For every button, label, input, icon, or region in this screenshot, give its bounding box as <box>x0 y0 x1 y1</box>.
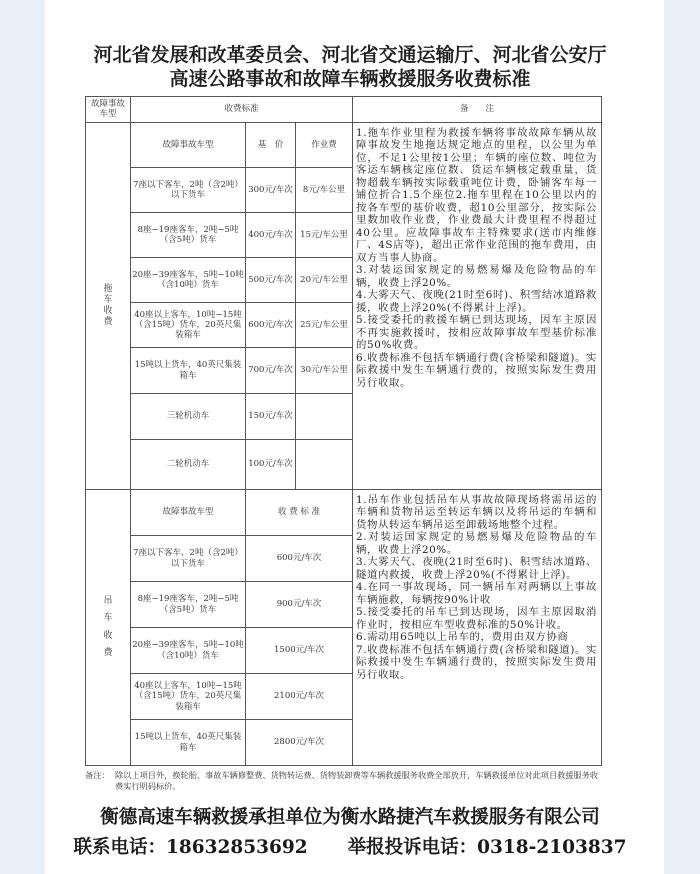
contact-line: 联系电话：18632853692举报投诉电话：0318-2103837 <box>0 833 700 859</box>
crane-row-type: 15吨以上货车，40英尺集装箱车 <box>131 720 246 766</box>
contact-phone: 18632853692 <box>166 837 308 858</box>
crane-row-type: 40座以上客车，10吨−15吨（含15吨）货车，20英尺集装箱车 <box>131 674 246 720</box>
crane-row-fee: 1500元/车次 <box>246 628 353 674</box>
footnote: 备注： 除以上项目外，换轮胎、事故车辆修整费、货物转运费、货物装卸费等车辆救援服… <box>85 770 605 792</box>
crane-section-label: 吊 车 收 费 <box>86 490 131 766</box>
document-title: 高速公路事故和故障车辆救援服务收费标准 <box>0 64 700 91</box>
table-header-row: 故障事故车型 收费标准 备 注 <box>86 97 602 123</box>
tow-row-type: 20座−39座客车，5吨−10吨（含10吨）货车 <box>131 258 246 303</box>
tow-row-type: 二轮机动车 <box>131 440 246 490</box>
tow-row-base: 500元/车次 <box>246 258 296 303</box>
crane-row-fee: 900元/车次 <box>246 582 353 628</box>
crane-col-type: 故障事故车型 <box>131 490 246 536</box>
header-remarks: 备 注 <box>353 97 602 123</box>
header-vehicle-type: 故障事故车型 <box>86 97 131 123</box>
tow-row-work: 8元/车公里 <box>296 168 353 213</box>
tow-col-work: 作业费 <box>296 123 353 168</box>
tow-row-type: 8座−19座客车，2吨−5吨（含5吨）货车 <box>131 213 246 258</box>
tow-row-type: 7座以下客车，2吨（含2吨）以下货车 <box>131 168 246 213</box>
fee-standard-table: 故障事故车型 收费标准 备 注 拖 车 收 费 故障事故车型 基 价 作业费 1… <box>85 96 602 766</box>
tow-subheader-row: 拖 车 收 费 故障事故车型 基 价 作业费 1.拖车作业里程为救援车辆将事故故… <box>86 123 602 168</box>
complaint-phone: 0318-2103837 <box>477 837 626 858</box>
complaint-label: 举报投诉电话： <box>348 837 478 858</box>
tow-row-type: 15吨以上货车，40英尺集装箱车 <box>131 348 246 394</box>
crane-row-fee: 600元/车次 <box>246 536 353 582</box>
tow-row-work: 20元/车公里 <box>296 258 353 303</box>
tow-row-base: 400元/车次 <box>246 213 296 258</box>
crane-row-type: 8座−19座客车，2吨−5吨（含5吨）货车 <box>131 582 246 628</box>
tow-row-work: 15元/车公里 <box>296 213 353 258</box>
crane-col-fee: 收 费 标 准 <box>246 490 353 536</box>
tow-row-base: 150元/车次 <box>246 394 296 440</box>
tow-row-work: 30元/车公里 <box>296 348 353 394</box>
tow-row-base: 100元/车次 <box>246 440 296 490</box>
tow-row-work: 25元/车公里 <box>296 303 353 348</box>
crane-row-type: 20座−39座客车，5吨−10吨（含10吨）货车 <box>131 628 246 674</box>
footnote-text: 除以上项目外，换轮胎、事故车辆修整费、货物转运费、货物装卸费等车辆救援服务收费全… <box>115 770 605 792</box>
footnote-label: 备注： <box>85 770 110 781</box>
contact-label: 联系电话： <box>74 837 167 858</box>
tow-col-type: 故障事故车型 <box>131 123 246 168</box>
tow-row-base: 300元/车次 <box>246 168 296 213</box>
crane-subheader-row: 吊 车 收 费 故障事故车型 收 费 标 准 1.吊车作业包括吊车从事故故障现场… <box>86 490 602 536</box>
tow-remarks: 1.拖车作业里程为救援车辆将事故故障车辆从故障事故发生地拖达规定地点的里程，以公… <box>353 123 602 490</box>
tow-row-work <box>296 394 353 440</box>
crane-row-fee: 2800元/车次 <box>246 720 353 766</box>
crane-row-fee: 2100元/车次 <box>246 674 353 720</box>
tow-row-type: 40座以上客车，10吨−15吨（含15吨）货车，20英尺集装箱车 <box>131 303 246 348</box>
tow-row-base: 600元/车次 <box>246 303 296 348</box>
tow-section-label: 拖 车 收 费 <box>86 123 131 490</box>
tow-row-type: 三轮机动车 <box>131 394 246 440</box>
tow-col-base: 基 价 <box>246 123 296 168</box>
crane-remarks: 1.吊车作业包括吊车从事故故障现场将需吊运的车辆和货物吊运至转运车辆以及将吊运的… <box>353 490 602 766</box>
crane-row-type: 7座以下客车，2吨（含2吨）以下货车 <box>131 536 246 582</box>
rescue-provider: 衡德高速车辆救援承担单位为衡水路捷汽车救援服务有限公司 <box>0 803 700 829</box>
tow-row-work <box>296 440 353 490</box>
header-fee-standard: 收费标准 <box>131 97 353 123</box>
document-title-issuers: 河北省发展和改革委员会、河北省交通运输厅、河北省公安厅 <box>0 40 700 67</box>
tow-row-base: 700元/车次 <box>246 348 296 394</box>
